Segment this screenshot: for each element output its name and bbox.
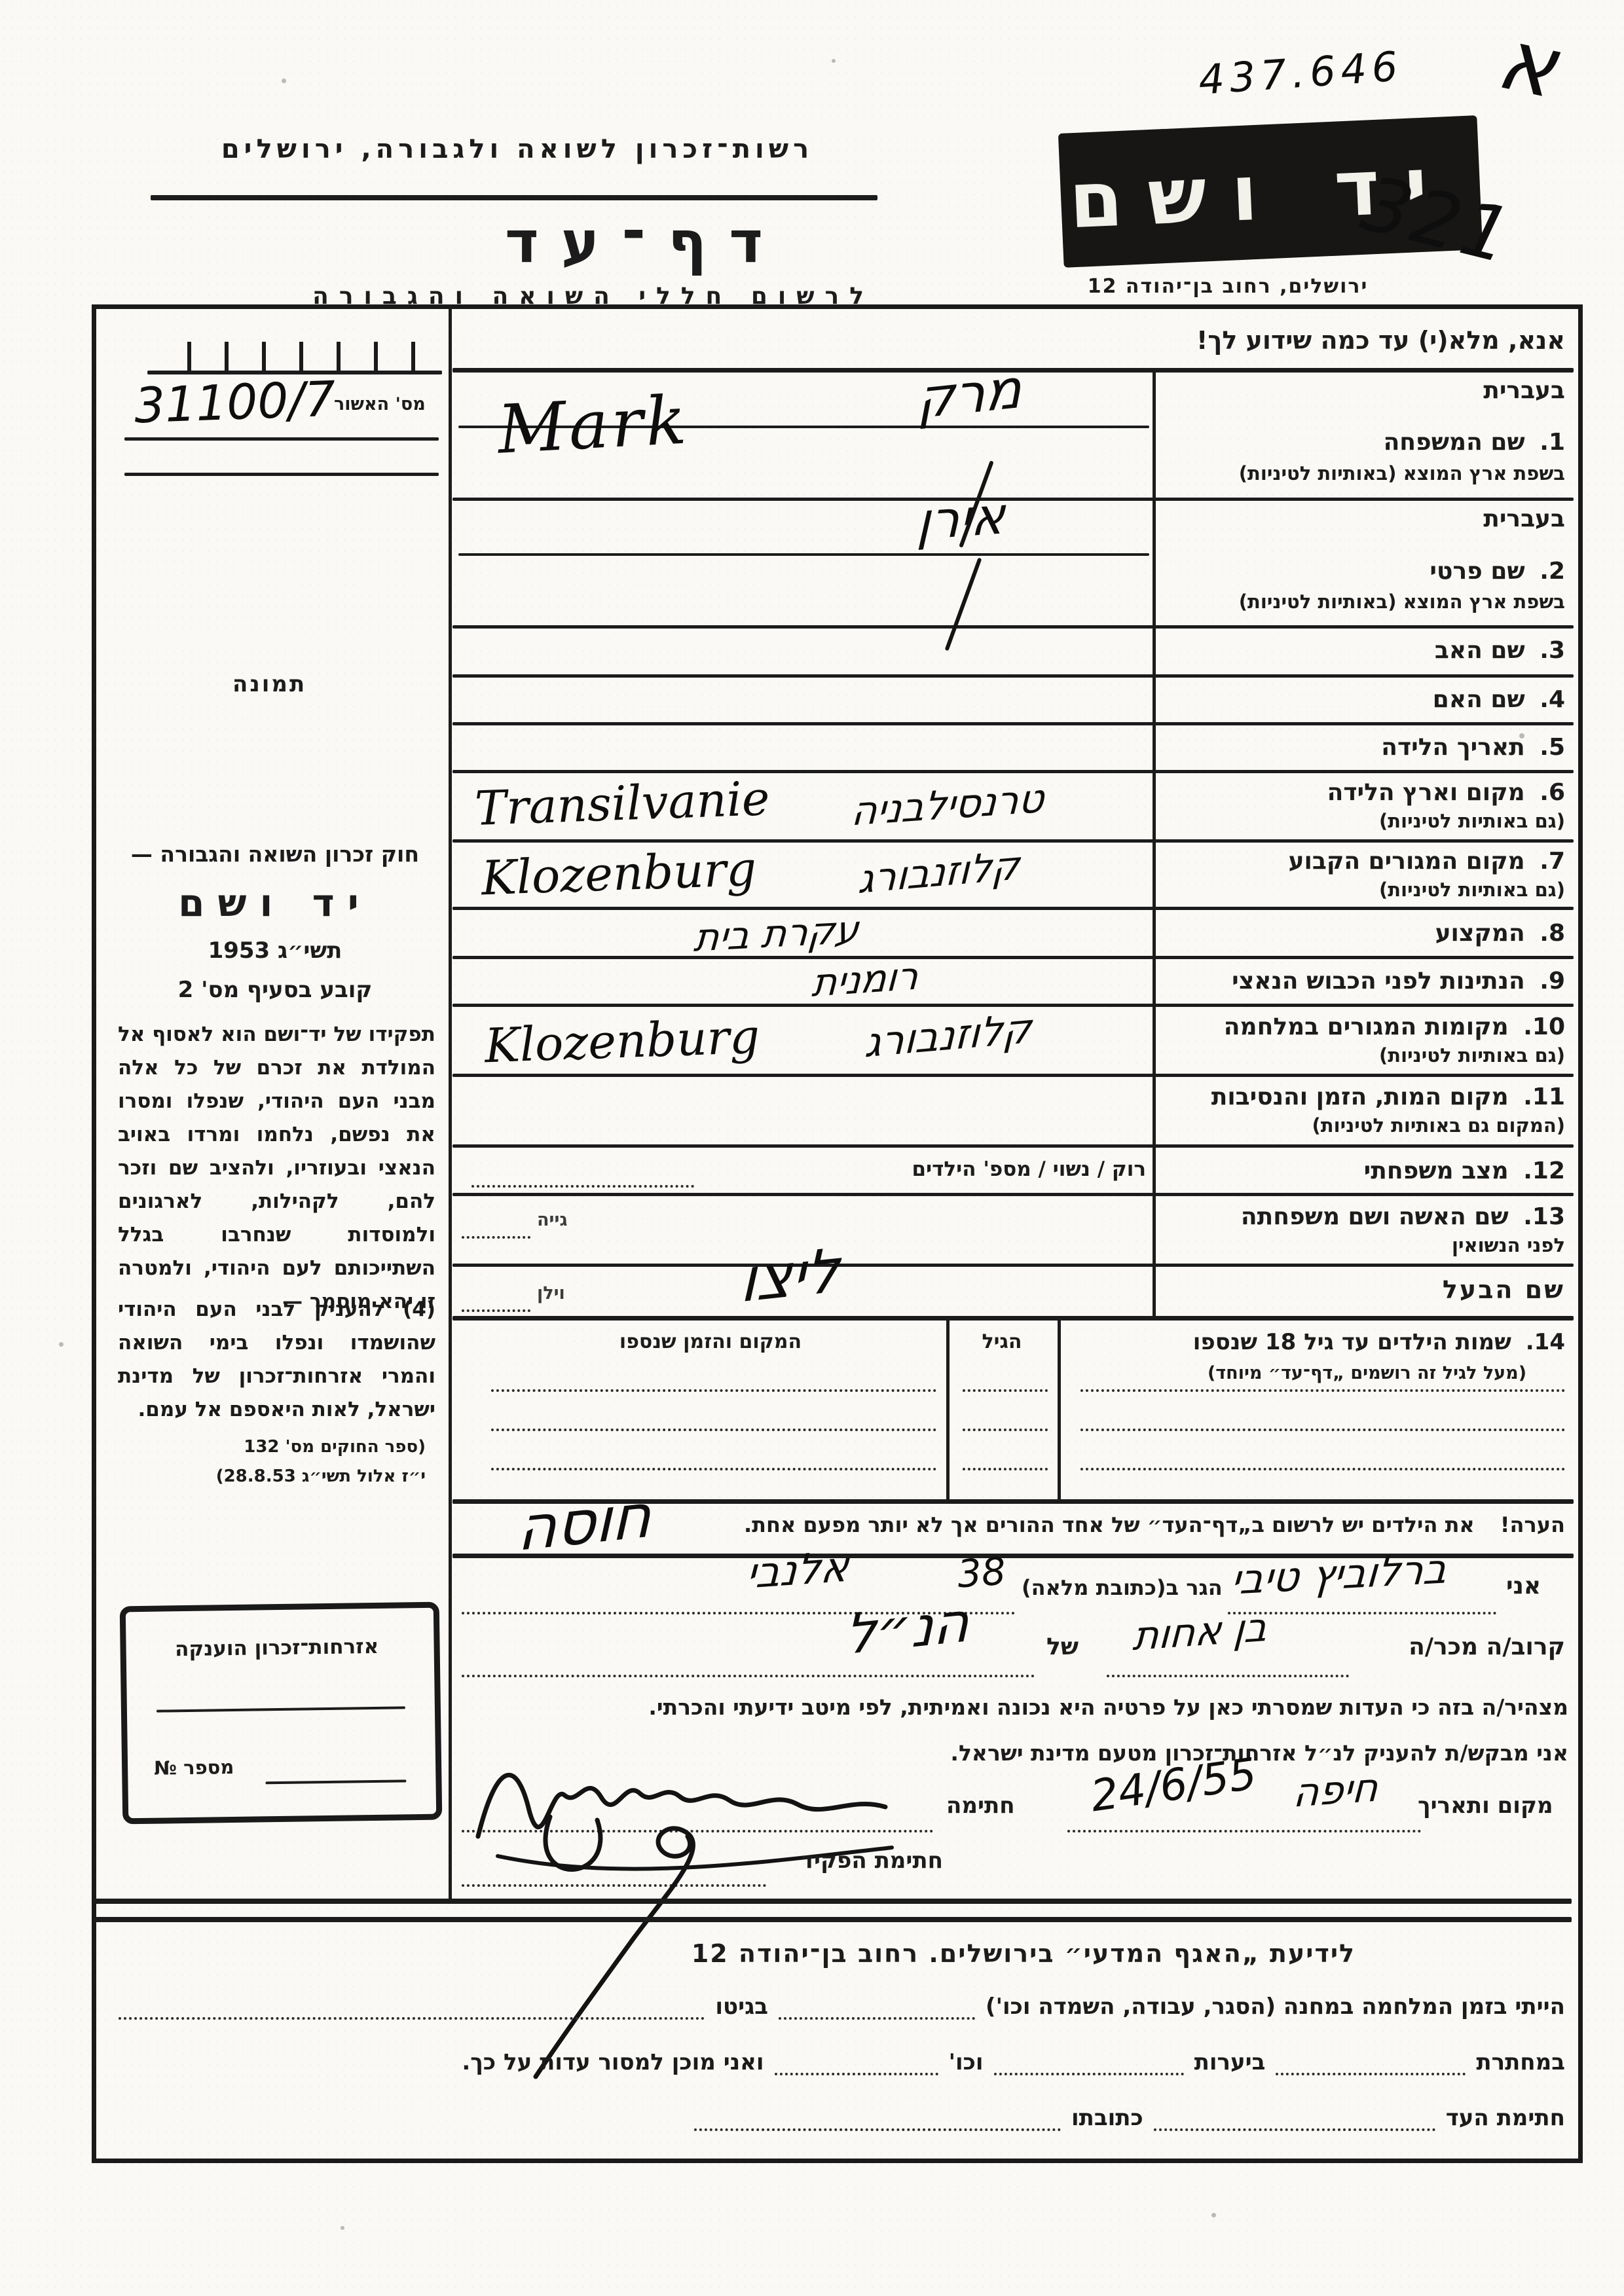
field-13-label-text: שם האשה ושם משפחתה bbox=[1241, 1203, 1515, 1230]
field-1-hebrew-heading: בעברית bbox=[1162, 377, 1565, 404]
law-body: תפקידו של יד־ושם הוא לאסוף אל המולדת את … bbox=[118, 1018, 435, 1319]
field-14-label: 14. שמות הילדים עד גיל 18 שנספו bbox=[1169, 1329, 1565, 1355]
field-12-options: רוק / נשוי / מספ' הילדים bbox=[714, 1157, 1146, 1181]
field-4-number: 4. bbox=[1540, 686, 1565, 713]
field-6-label-text: מקום וארץ הלידה bbox=[1327, 779, 1532, 806]
field-8-label-text: המקצוע bbox=[1435, 920, 1532, 947]
footer-line-3: חתימת העד כתובתו bbox=[108, 2105, 1565, 2131]
photo-label: תמונה bbox=[232, 671, 306, 697]
field-9-number: 9. bbox=[1540, 968, 1565, 994]
field-6-number: 6. bbox=[1540, 779, 1565, 806]
footer-ghetto-label: בגיטו bbox=[715, 1994, 768, 2020]
hand-residence-latin: Klozenburg bbox=[481, 841, 758, 906]
approval-number-label: מס' האשור bbox=[334, 394, 442, 414]
husband-small-dots bbox=[462, 1309, 530, 1312]
children-note-prefix: הערה! bbox=[1500, 1512, 1565, 1537]
footer-forests-label: ביערות bbox=[1194, 2049, 1266, 2075]
children-row1-age-line bbox=[963, 1389, 1048, 1392]
field-5-rule bbox=[452, 770, 1574, 773]
citizenship-box-number-line bbox=[265, 1779, 406, 1784]
testimony-resides-label: הגר ב(כתובת מלאה) bbox=[1022, 1575, 1223, 1600]
footer-camp-label: הייתי בזמן המלחמה במחנה (הסגר, עבודה, הש… bbox=[986, 1994, 1565, 2020]
footer-underground-blank bbox=[1276, 2049, 1466, 2075]
clerk-signature-label: חתימת הפקיד bbox=[776, 1848, 943, 1874]
fill-instruction: אנא, מלא(י) עד כמה שידוע לך! bbox=[786, 326, 1565, 355]
section-double-rule-bottom bbox=[94, 1917, 1572, 1922]
law-year: תשי״ג 1953 bbox=[115, 938, 435, 964]
of-line bbox=[462, 1675, 1035, 1677]
scan-speckle bbox=[1519, 733, 1524, 738]
field-8-number: 8. bbox=[1540, 920, 1565, 947]
registry-ruler-ticks bbox=[154, 342, 442, 371]
field-11-rule bbox=[452, 1144, 1574, 1148]
husband-rule-thick bbox=[452, 1316, 1574, 1321]
field-12-label-text: מצב משפחתי bbox=[1364, 1157, 1515, 1184]
hand-family-name-hebrew: מרק bbox=[917, 357, 1021, 431]
section-double-rule-top bbox=[94, 1899, 1572, 1904]
hand-relation: בן אחות bbox=[1132, 1605, 1269, 1660]
hand-profession: עקרת בית bbox=[692, 907, 860, 960]
field-14-number: 14. bbox=[1526, 1329, 1565, 1355]
husband-name-label: שם הבעל bbox=[1162, 1275, 1565, 1304]
field-6-sublabel: (גם באותיות לטיניות) bbox=[1162, 810, 1565, 832]
children-row2-name-line bbox=[1080, 1429, 1565, 1431]
field-13-rule bbox=[452, 1264, 1574, 1267]
field-4-label-text: שם האם bbox=[1433, 686, 1532, 713]
testimony-of-label: של bbox=[1046, 1633, 1079, 1660]
testimony-i-label: אני bbox=[1506, 1573, 1541, 1599]
left-column-divider bbox=[449, 304, 452, 1899]
footer-info-line: לידיעת „האגף המדעי״ בירושלים. רחוב בן־יה… bbox=[550, 1939, 1356, 1968]
field-12-rule bbox=[452, 1193, 1574, 1196]
scan-speckle bbox=[282, 79, 286, 83]
field-2-label: 2. שם פרטי bbox=[1162, 558, 1565, 585]
field-3-label-text: שם האב bbox=[1435, 637, 1532, 664]
footer-forests-blank bbox=[994, 2049, 1184, 2075]
footer-ghetto-blank bbox=[119, 1994, 705, 2020]
field-8-label: 8. המקצוע bbox=[1162, 920, 1565, 947]
hand-family-name-latin: Mark bbox=[496, 381, 691, 469]
field-3-number: 3. bbox=[1540, 637, 1565, 664]
footer-camp-blank bbox=[779, 1994, 975, 2020]
field-13-number: 13. bbox=[1523, 1203, 1565, 1230]
law-name: יד ושם bbox=[115, 881, 435, 925]
field-5-number: 5. bbox=[1540, 734, 1565, 761]
form-title: דף־עד bbox=[416, 208, 874, 276]
place-date-label: מקום ותאריך bbox=[1418, 1793, 1553, 1819]
citizenship-box-line bbox=[157, 1706, 405, 1712]
field-3-rule bbox=[452, 674, 1574, 678]
footer-line-1: הייתי בזמן המלחמה במחנה (הסגר, עבודה, הש… bbox=[108, 1994, 1565, 2020]
children-col-place-time: המקום והזמן שנספו bbox=[485, 1330, 936, 1353]
field-9-label-text: הנתינות לפני הכבוש הנאצי bbox=[1232, 968, 1532, 994]
children-table-divider-left bbox=[1058, 1321, 1061, 1499]
children-col-age: הגיל bbox=[948, 1330, 1056, 1353]
header-underline bbox=[151, 195, 877, 200]
field-13-sublabel: לפני הנשואין bbox=[1162, 1234, 1565, 1256]
field-7-label: 7. מקום המגורים הקבוע bbox=[1162, 848, 1565, 875]
children-row2-place-line bbox=[491, 1429, 936, 1431]
field-12-label: 12. מצב משפחתי bbox=[1162, 1157, 1565, 1184]
children-row1-name-line bbox=[1080, 1389, 1565, 1392]
field-7-rule bbox=[452, 907, 1574, 910]
org-title: רשות־זכרון לשואה ולגבורה, ירושלים bbox=[157, 134, 877, 164]
scanned-testimony-page: רשות־זכרון לשואה ולגבורה, ירושלים דף־עד … bbox=[0, 0, 1624, 2296]
law-heading: חוק זכרון השואה והגבורה — bbox=[115, 841, 435, 867]
children-row3-name-line bbox=[1080, 1468, 1565, 1470]
stamp-address: ירושלים, רחוב בן־יהודה 12 bbox=[1018, 275, 1437, 298]
field-1-label-text: שם המשפחה bbox=[1384, 429, 1532, 456]
law-section: קובע בסעיף מס' 2 bbox=[115, 977, 435, 1003]
citizenship-granted-box: אזרחות־זכרון הוענקה מספר № bbox=[120, 1602, 443, 1825]
hand-citizenship: רומנית bbox=[811, 953, 920, 1006]
signature-label: חתימה bbox=[946, 1793, 1015, 1819]
field-10-label: 10. מקומות המגורים במלחמה bbox=[1162, 1013, 1565, 1040]
scan-speckle bbox=[341, 2226, 344, 2230]
testimony-declaration: מצהיר/ה בזה כי העדות שמסרתי כאן על פרטיה… bbox=[458, 1694, 1568, 1720]
hand-place: חיפה bbox=[1292, 1764, 1380, 1817]
children-row2-age-line bbox=[963, 1429, 1048, 1431]
field-13-small-dots bbox=[462, 1236, 530, 1239]
hand-war-residence-latin: Klozenburg bbox=[484, 1009, 761, 1074]
scan-speckle bbox=[832, 59, 836, 63]
field-11-number: 11. bbox=[1523, 1084, 1565, 1110]
field-4-rule bbox=[452, 722, 1574, 725]
footer-witness-address-label: כתובתו bbox=[1071, 2105, 1143, 2131]
law-reference-2: י״ז אלול תשי״ג 28.8.53) bbox=[118, 1467, 426, 1486]
field-10-number: 10. bbox=[1523, 1013, 1565, 1040]
footer-line-2: במחתרת ביערות וכו' ואני מוכן למסור עדות … bbox=[108, 2049, 1565, 2075]
field-11-label: 11. מקום המות, הזמן והנסיבות bbox=[1162, 1084, 1565, 1110]
law-reference-1: (ספר החוקים מס' 132 bbox=[118, 1437, 426, 1457]
children-note-body: את הילדים יש לרשום ב„דף־העד״ של אחד ההור… bbox=[744, 1512, 1493, 1537]
footer-ready-to-testify: ואני מוכן למסור עדות על כך. bbox=[462, 2049, 764, 2075]
hand-of-whom: הנ״ל bbox=[844, 1590, 970, 1667]
citizenship-box-title: אזרחות־זכרון הוענקה bbox=[139, 1634, 414, 1662]
field-13-label: 13. שם האשה ושם משפחתה bbox=[1162, 1203, 1565, 1230]
approval-line-1 bbox=[124, 437, 439, 441]
children-row3-age-line bbox=[963, 1468, 1048, 1470]
scan-speckle bbox=[1211, 2213, 1216, 2217]
field-13-small-mark: גייה bbox=[537, 1210, 568, 1230]
field-1-label: 1. שם המשפחה bbox=[1162, 429, 1565, 456]
field-3-label: 3. שם האב bbox=[1162, 637, 1565, 664]
hand-corner-mark: א bbox=[1490, 9, 1566, 118]
hand-address-street: אלנבי bbox=[745, 1542, 851, 1598]
footer-underground-label: במחתרת bbox=[1476, 2049, 1565, 2075]
field-14-label-text: שמות הילדים עד גיל 18 שנספו bbox=[1193, 1329, 1518, 1355]
field-2-sublabel: בשפת ארץ המוצא (באותיות לטיניות) bbox=[1162, 591, 1565, 613]
testimony-relation-label: קרוב/ה מכר/ה bbox=[1359, 1633, 1565, 1660]
hand-address-number: 38 bbox=[956, 1549, 1007, 1597]
hand-page-number: 321 bbox=[1354, 160, 1522, 282]
field-1-rule bbox=[452, 498, 1574, 501]
field-5-label: 5. תאריך הלידה bbox=[1162, 734, 1565, 761]
children-row1-place-line bbox=[491, 1389, 936, 1392]
field-10-label-text: מקומות המגורים במלחמה bbox=[1224, 1013, 1515, 1040]
hand-husband-name: ליצו bbox=[739, 1235, 841, 1317]
relation-line bbox=[1107, 1675, 1349, 1677]
field-5-label-text: תאריך הלידה bbox=[1381, 734, 1531, 761]
field-9-label: 9. הנתינות לפני הכבוש הנאצי bbox=[1162, 968, 1565, 994]
hand-birthplace-latin: Transilvanie bbox=[474, 771, 771, 836]
field-7-label-text: מקום המגורים הקבוע bbox=[1289, 848, 1532, 875]
field-2-hebrew-heading: בעברית bbox=[1162, 505, 1565, 532]
field-10-rule bbox=[452, 1074, 1574, 1077]
field-14-sublabel: (מעל לגיל זה רושמים „דף־עד״ מיוחד) bbox=[1169, 1363, 1565, 1383]
field-10-sublabel: (גם באותיות לטיניות) bbox=[1162, 1044, 1565, 1066]
children-row3-place-line bbox=[491, 1468, 936, 1470]
field-11-label-text: מקום המות, הזמן והנסיבות bbox=[1211, 1084, 1515, 1110]
field-11-sublabel: (המקום גם באותיות לטיניות) bbox=[1162, 1114, 1565, 1137]
place-date-line bbox=[1067, 1830, 1421, 1832]
field-2-number: 2. bbox=[1540, 558, 1565, 585]
field-12-number: 12. bbox=[1523, 1157, 1565, 1184]
field-12-options-dots bbox=[471, 1185, 694, 1188]
hand-catalog-number: 437.646 bbox=[1197, 42, 1405, 104]
hand-approval-number: 31100/7 bbox=[134, 371, 337, 435]
footer-witness-address-blank bbox=[694, 2105, 1061, 2131]
footer-witness-signature-label: חתימת העד bbox=[1446, 2105, 1565, 2131]
field-6-label: 6. מקום וארץ הלידה bbox=[1162, 779, 1565, 806]
citizenship-box-number-label: מספר № bbox=[154, 1756, 234, 1779]
footer-etc-blank bbox=[775, 2049, 938, 2075]
scan-speckle bbox=[59, 1342, 64, 1347]
field-2-hebrew-line bbox=[458, 553, 1149, 556]
footer-witness-signature-blank bbox=[1154, 2105, 1435, 2131]
field-8-rule bbox=[452, 956, 1574, 959]
footer-etc-label: וכו' bbox=[949, 2049, 984, 2075]
field-6-rule bbox=[452, 839, 1574, 843]
approval-line-2 bbox=[124, 473, 439, 476]
husband-small-mark: וילן bbox=[537, 1283, 565, 1303]
field-4-label: 4. שם האם bbox=[1162, 686, 1565, 713]
field-2-label-text: שם פרטי bbox=[1430, 558, 1531, 585]
field-7-sublabel: (גם באותיות לטיניות) bbox=[1162, 879, 1565, 901]
scan-speckle bbox=[1500, 1021, 1504, 1025]
field-1-sublabel: בשפת ארץ המוצא (באותיות לטיניות) bbox=[1162, 462, 1565, 484]
field-7-number: 7. bbox=[1540, 848, 1565, 875]
field-1-number: 1. bbox=[1540, 429, 1565, 456]
field-2-rule bbox=[452, 625, 1574, 629]
law-clause: (4) להעניק לבני העם היהודי שהושמדו ונפלו… bbox=[118, 1293, 435, 1427]
hand-side-note: חוסה bbox=[517, 1480, 653, 1565]
